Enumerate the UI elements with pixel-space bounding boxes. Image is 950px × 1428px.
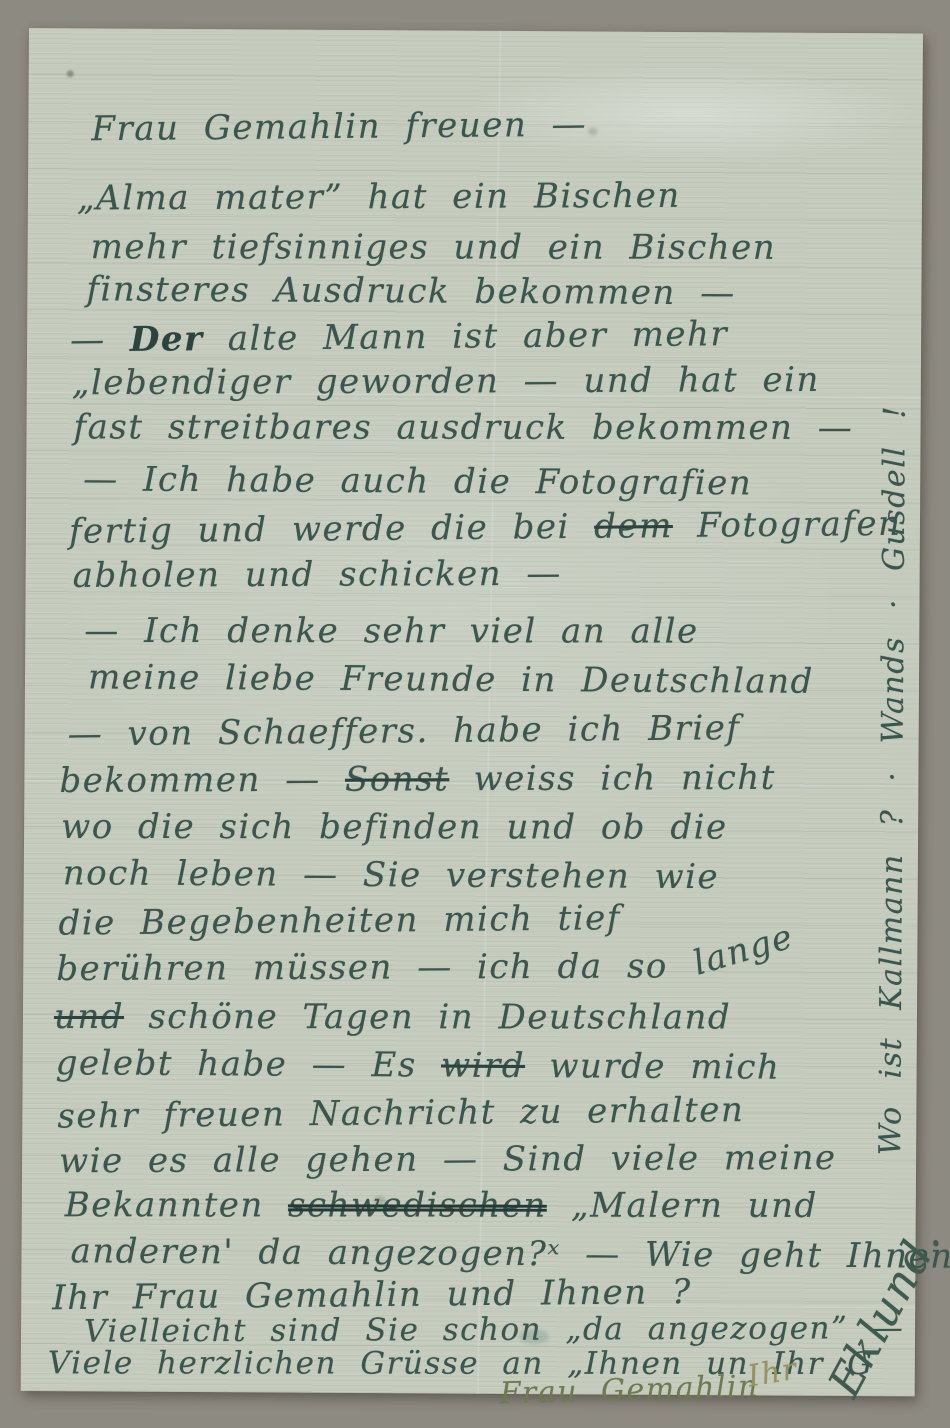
struck-word: und	[54, 997, 124, 1037]
letter-line: wo die sich befinden und ob die	[61, 810, 728, 845]
letter-line: noch leben — Sie verstehen wie	[63, 856, 719, 894]
text-segment: „Alma mater” hat ein Bischen	[77, 176, 681, 219]
struck-word: wird	[441, 1046, 525, 1087]
letter-line: Vielleicht sind Sie schon „da angezogen”…	[84, 1313, 904, 1348]
letter-line: mehr tiefsinniges und ein Bischen	[91, 230, 777, 265]
letter-line: meine liebe Freunde in Deutschland	[88, 660, 814, 698]
letter-line: — Ich denke sehr viel an alle	[84, 614, 698, 649]
paper-stain	[588, 127, 597, 135]
text-segment: Vielleicht sind Sie schon „da angezogen”…	[84, 1310, 904, 1350]
text-segment: weiss ich nicht	[449, 758, 776, 799]
letter-line: „lebendiger geworden — und hat ein	[72, 363, 820, 400]
letter-line: anderen' da angezogen?ˣ — Wie geht Ihnen	[70, 1234, 950, 1273]
letter-line: sehr freuen Nachricht zu erhalten	[57, 1093, 744, 1134]
letter-line: und schöne Tagen in Deutschland	[54, 1000, 731, 1035]
text-segment: sehr freuen Nachricht zu erhalten	[57, 1090, 744, 1137]
text-segment: schöne Tagen in Deutschland	[124, 997, 731, 1038]
letter-line: Ihr	[746, 1355, 800, 1393]
letter-line: Frau Gemahlin freuen —	[91, 108, 587, 147]
text-segment: „lebendiger geworden — und hat ein	[72, 360, 820, 403]
letter-line: — von Schaeffers. habe ich Brief	[68, 711, 741, 751]
letter-line: die Begebenheiten mich tief	[58, 901, 621, 940]
text-segment: Der	[130, 319, 204, 360]
text-segment: wurde mich	[525, 1046, 781, 1088]
text-segment: Fotografen	[673, 504, 902, 546]
paper-stain	[67, 70, 74, 77]
letter-line: fertig und werde die bei dem Fotografen	[69, 507, 902, 549]
letter-line: berühren müssen — ich da so lange	[56, 949, 794, 986]
text-segment: gelebt habe — Es	[56, 1043, 442, 1085]
letter-line: bekommen — Sonst weiss ich nicht	[59, 761, 776, 798]
letter-line: — Ich habe auch die Fotografien	[83, 462, 752, 500]
text-segment: meine liebe Freunde in Deutschland	[88, 657, 814, 701]
struck-word: dem	[594, 506, 673, 547]
letter-line: gelebt habe — Es wird wurde mich	[56, 1046, 781, 1084]
text-segment: berühren müssen — ich da so	[56, 946, 692, 989]
letter-line: „Alma mater” hat ein Bischen	[77, 179, 681, 216]
letter-line: abholen und schicken —	[73, 557, 562, 593]
text-segment: — Ich denke sehr viel an alle	[84, 611, 698, 652]
text-segment: finsteres Ausdruck bekommen —	[86, 269, 735, 313]
struck-word: Sonst	[345, 759, 449, 799]
letter-line: Bekannten schwedischen „Malern und	[65, 1188, 818, 1223]
text-segment: alte Mann ist aber mehr	[203, 314, 728, 359]
text-segment: mehr tiefsinniges und ein Bischen	[91, 227, 777, 268]
text-segment: — von Schaeffers. habe ich Brief	[68, 708, 741, 754]
text-segment: Ihr	[745, 1352, 800, 1395]
letter-line: Frau Gemahlin	[499, 1372, 759, 1409]
text-segment: die Begebenheiten mich tief	[58, 898, 621, 943]
text-segment: fast streitbares ausdruck bekommen —	[74, 407, 854, 448]
letter-line: Ihr Frau Gemahlin und Ihnen ?	[52, 1275, 692, 1315]
letter-line: wie es alle gehen — Sind viele meine	[59, 1141, 837, 1178]
margin-note-vertical: Wo ist Kallmann ? · Wands · Gusdell !	[873, 405, 913, 1155]
text-segment: Frau Gemahlin freuen —	[91, 105, 587, 150]
letter-line: fast streitbares ausdruck bekommen —	[74, 410, 854, 445]
text-segment: Frau Gemahlin	[499, 1369, 759, 1411]
letter-paper: Frau Gemahlin freuen —„Alma mater” hat e…	[21, 28, 923, 1396]
text-segment: — Ich habe auch die Fotografien	[83, 459, 752, 503]
text-segment: lange	[689, 919, 797, 980]
struck-word: schwedischen	[288, 1185, 547, 1225]
letter-body-lines: Frau Gemahlin freuen —„Alma mater” hat e…	[29, 28, 923, 33]
text-segment: „Malern und	[547, 1186, 818, 1226]
text-segment: wie es alle gehen — Sind viele meine	[59, 1138, 837, 1181]
text-segment: Bekannten	[65, 1185, 288, 1225]
text-segment: fertig und werde die bei	[69, 507, 595, 552]
mat-background: Frau Gemahlin freuen —„Alma mater” hat e…	[0, 0, 950, 1428]
scanned-letter-page: { "letter": { "kind": "handwritten lette…	[0, 0, 950, 1428]
text-segment: abholen und schicken —	[73, 554, 562, 596]
text-segment: —	[70, 320, 130, 361]
letter-line: finsteres Ausdruck bekommen —	[86, 272, 735, 310]
letter-line: — Der alte Mann ist aber mehr	[70, 317, 728, 357]
text-segment: anderen' da angezogen?ˣ — Wie geht Ihnen	[70, 1231, 950, 1276]
text-segment: noch leben — Sie verstehen wie	[63, 853, 719, 897]
text-segment: wo die sich befinden und ob die	[61, 807, 728, 848]
text-segment: bekommen —	[59, 760, 345, 801]
